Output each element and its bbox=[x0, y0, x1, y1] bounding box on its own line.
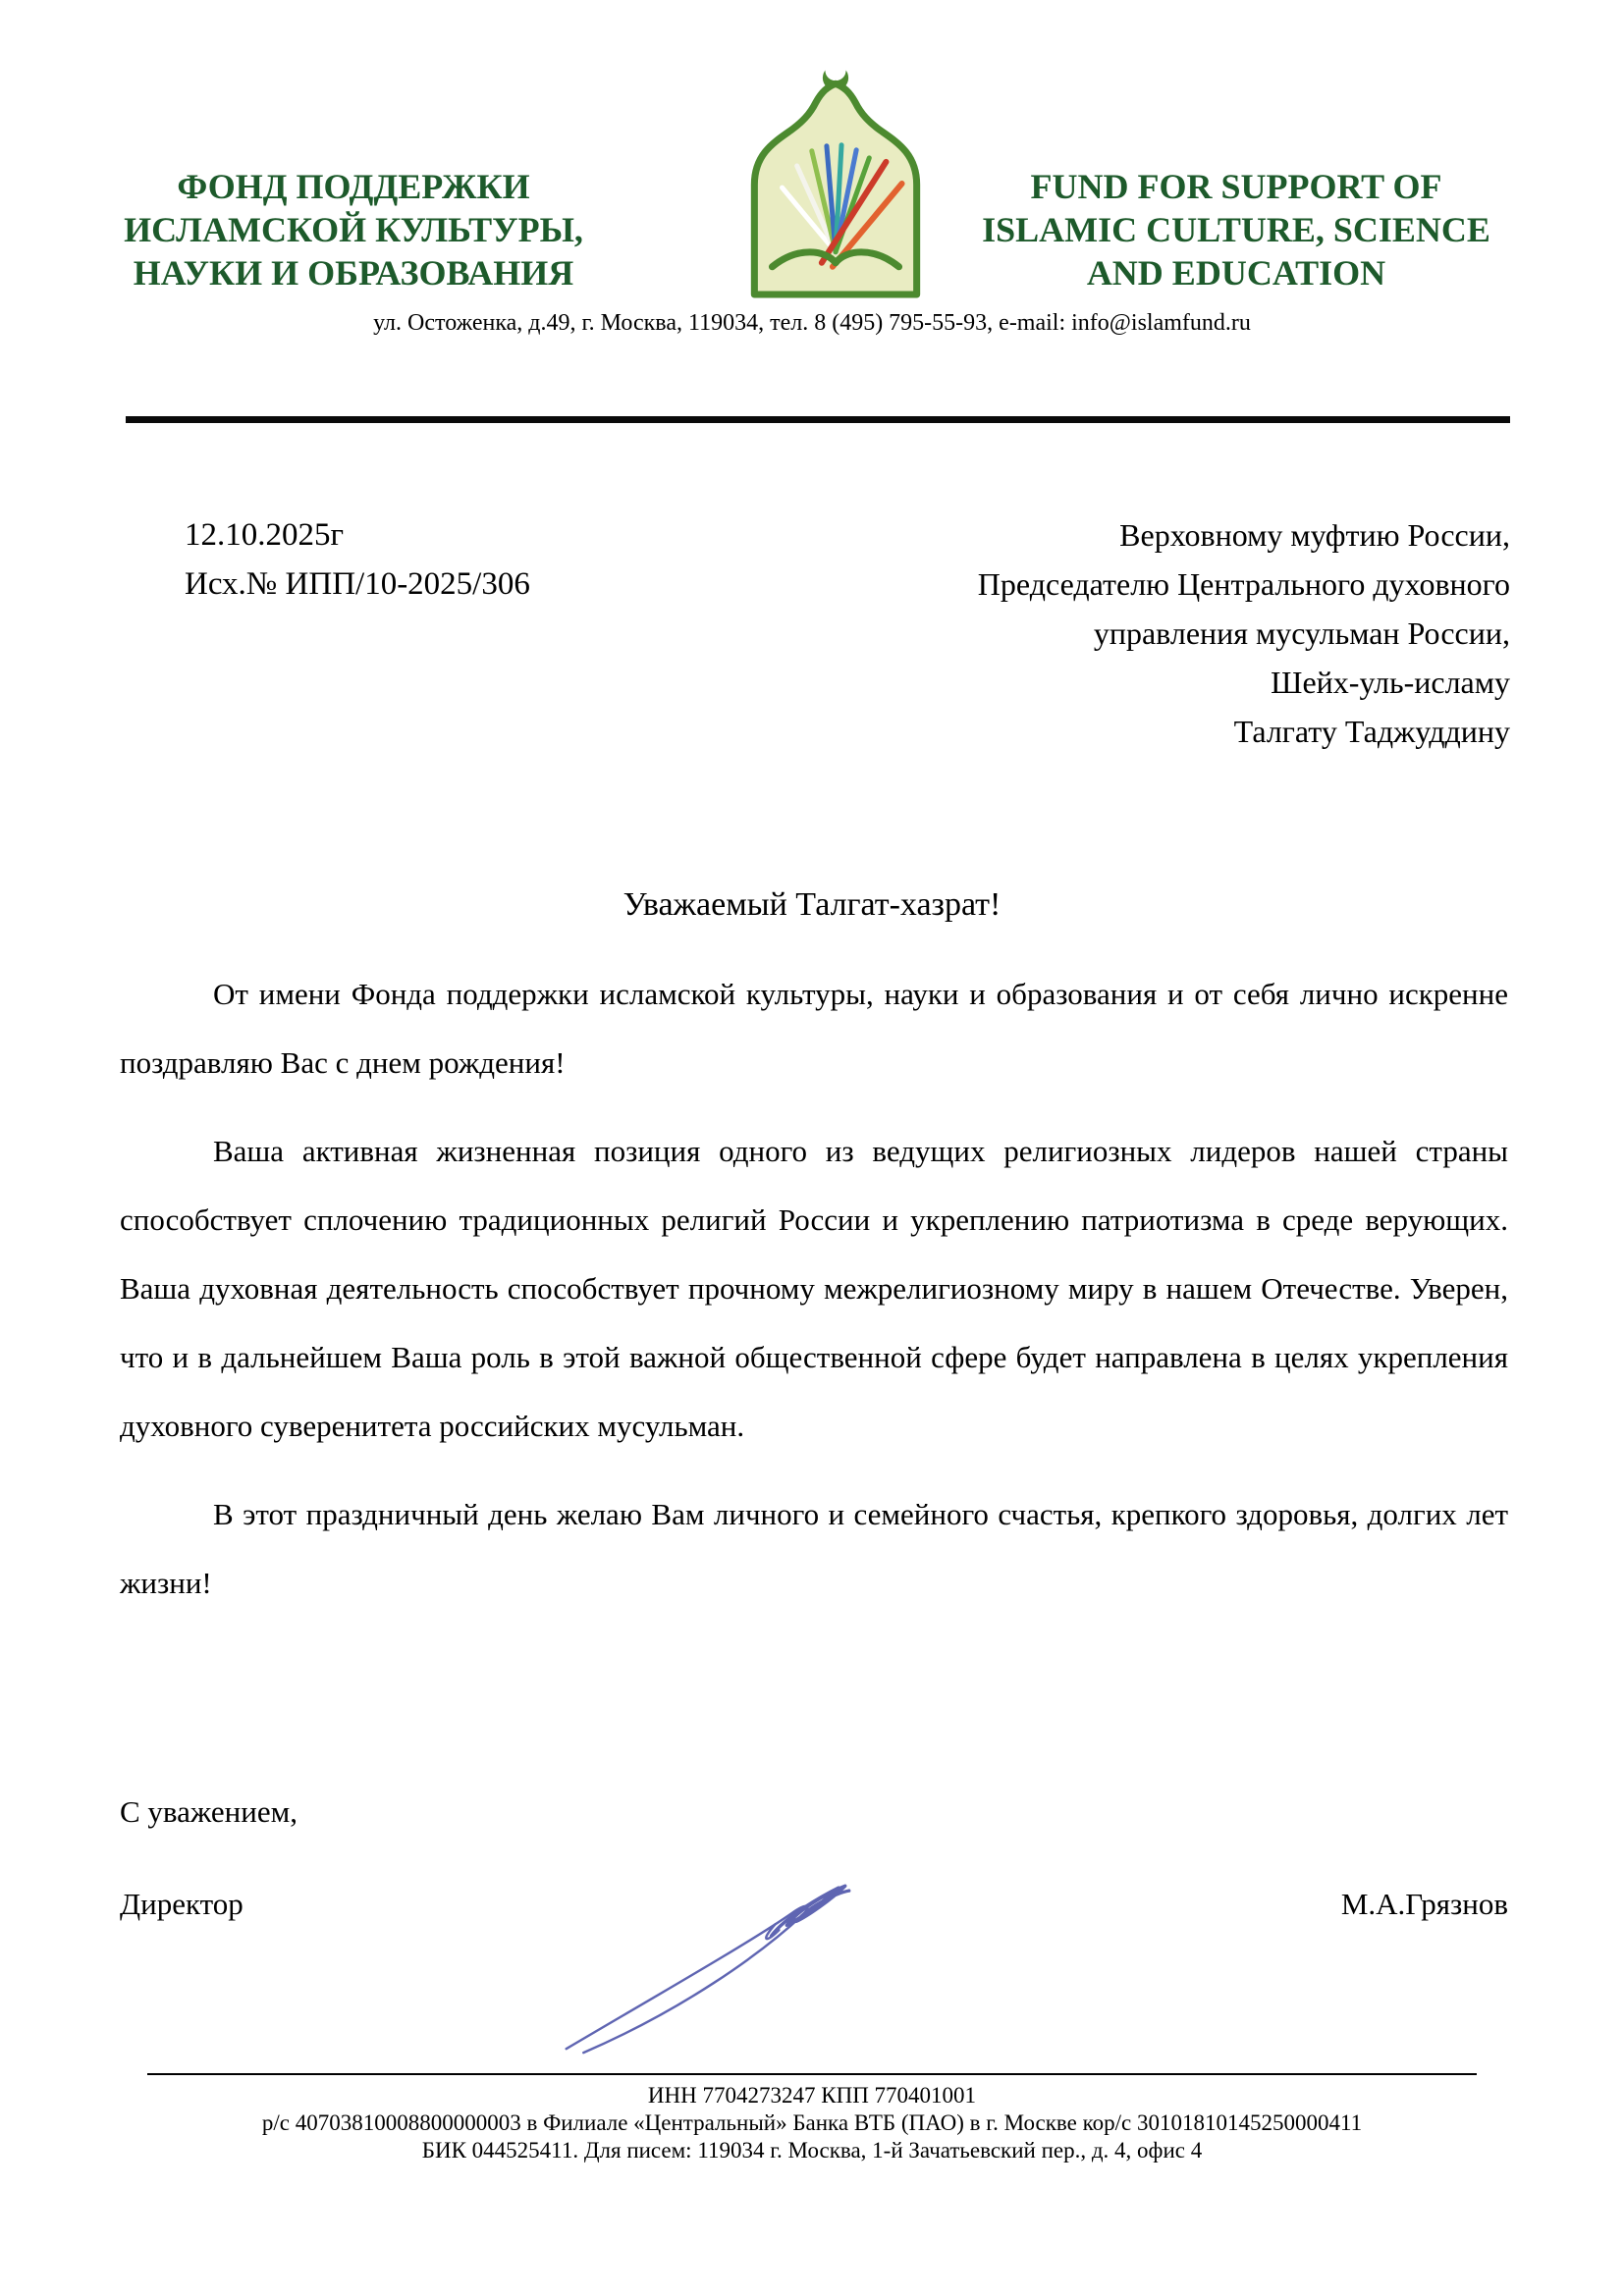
letter-date: 12.10.2025г bbox=[185, 510, 530, 560]
org-name-ru-line: ФОНД ПОДДЕРЖКИ bbox=[118, 165, 589, 208]
org-name-russian: ФОНД ПОДДЕРЖКИ ИСЛАМСКОЙ КУЛЬТУРЫ, НАУКИ… bbox=[118, 165, 589, 294]
signer-name: М.А.Грязнов bbox=[1341, 1887, 1508, 1922]
meta-row: 12.10.2025г Исх.№ ИПП/10-2025/306 Верхов… bbox=[116, 510, 1510, 766]
footer-line-account: р/с 40703810008800000003 в Филиале «Цент… bbox=[147, 2109, 1477, 2137]
closing-phrase: С уважением, bbox=[120, 1794, 298, 1830]
recipient-block: Верховному муфтию России, Председателю Ц… bbox=[764, 510, 1510, 756]
paragraph: В этот праздничный день желаю Вам личног… bbox=[120, 1480, 1508, 1618]
org-name-ru-line: ИСЛАМСКОЙ КУЛЬТУРЫ, bbox=[118, 208, 589, 251]
paragraph: Ваша активная жизненная позиция одного и… bbox=[120, 1117, 1508, 1461]
org-name-english: FUND FOR SUPPORT OF ISLAMIC CULTURE, SCI… bbox=[957, 165, 1515, 294]
recipient-line: управления мусульман России, bbox=[764, 609, 1510, 658]
org-name-en-line: AND EDUCATION bbox=[957, 251, 1515, 294]
signer-title: Директор bbox=[120, 1887, 244, 1922]
footer-line-inn-kpp: ИНН 7704273247 КПП 770401001 bbox=[147, 2082, 1477, 2109]
signature-row: Директор М.А.Грязнов bbox=[120, 1887, 1508, 1946]
recipient-line: Шейх-уль-исламу bbox=[764, 658, 1510, 707]
org-name-en-line: FUND FOR SUPPORT OF bbox=[957, 165, 1515, 208]
mosque-icon bbox=[734, 51, 937, 298]
org-address: ул. Остоженка, д.49, г. Москва, 119034, … bbox=[116, 308, 1508, 338]
recipient-line: Верховному муфтию России, bbox=[764, 510, 1510, 560]
fund-logo bbox=[734, 51, 937, 298]
recipient-line: Председателю Центрального духовного bbox=[764, 560, 1510, 609]
footer-line-bik-address: БИК 044525411. Для писем: 119034 г. Моск… bbox=[147, 2137, 1477, 2164]
paragraph: От имени Фонда поддержки исламской культ… bbox=[120, 960, 1508, 1097]
org-name-ru-line: НАУКИ И ОБРАЗОВАНИЯ bbox=[118, 251, 589, 294]
outgoing-number: Исх.№ ИПП/10-2025/306 bbox=[185, 560, 530, 609]
date-block: 12.10.2025г Исх.№ ИПП/10-2025/306 bbox=[185, 510, 530, 609]
header-divider bbox=[126, 416, 1510, 423]
recipient-line: Талгату Таджуддину bbox=[764, 707, 1510, 756]
org-name-en-line: ISLAMIC CULTURE, SCIENCE bbox=[957, 208, 1515, 251]
salutation: Уважаемый Талгат-хазрат! bbox=[116, 886, 1508, 924]
footer-requisites: ИНН 7704273247 КПП 770401001 р/с 4070381… bbox=[147, 2073, 1477, 2164]
letter-body: От имени Фонда поддержки исламской культ… bbox=[120, 960, 1508, 1637]
letter-page: ФОНД ПОДДЕРЖКИ ИСЛАМСКОЙ КУЛЬТУРЫ, НАУКИ… bbox=[0, 0, 1624, 2296]
signature-ink bbox=[542, 1855, 970, 2056]
